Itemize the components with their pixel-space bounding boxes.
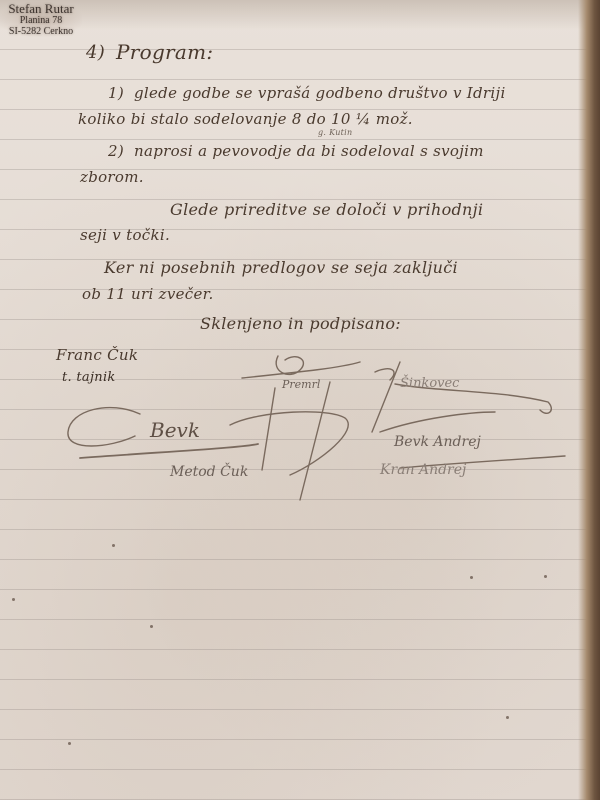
signature-middle-large: Premrl: [282, 378, 320, 391]
signature-right-1: Bevk Andrej: [394, 434, 481, 450]
signature-right-top: Šinkovec: [400, 376, 459, 391]
paper-speck: [150, 625, 153, 628]
signature-middle-under: Metod Čuk: [170, 464, 248, 480]
signature-flourishes: [0, 0, 600, 800]
paper-speck: [12, 598, 15, 601]
paper-speck: [68, 742, 71, 745]
paper-speck: [506, 716, 509, 719]
signature-right-2: Kran Andrej: [380, 462, 466, 478]
paper-speck: [470, 576, 473, 579]
paper-speck: [112, 544, 115, 547]
signature-large-left: Bevk: [150, 418, 200, 442]
document-page: Stefan Rutar Planina 78 SI-5282 Cerkno 4…: [0, 0, 600, 800]
paper-speck: [544, 575, 547, 578]
